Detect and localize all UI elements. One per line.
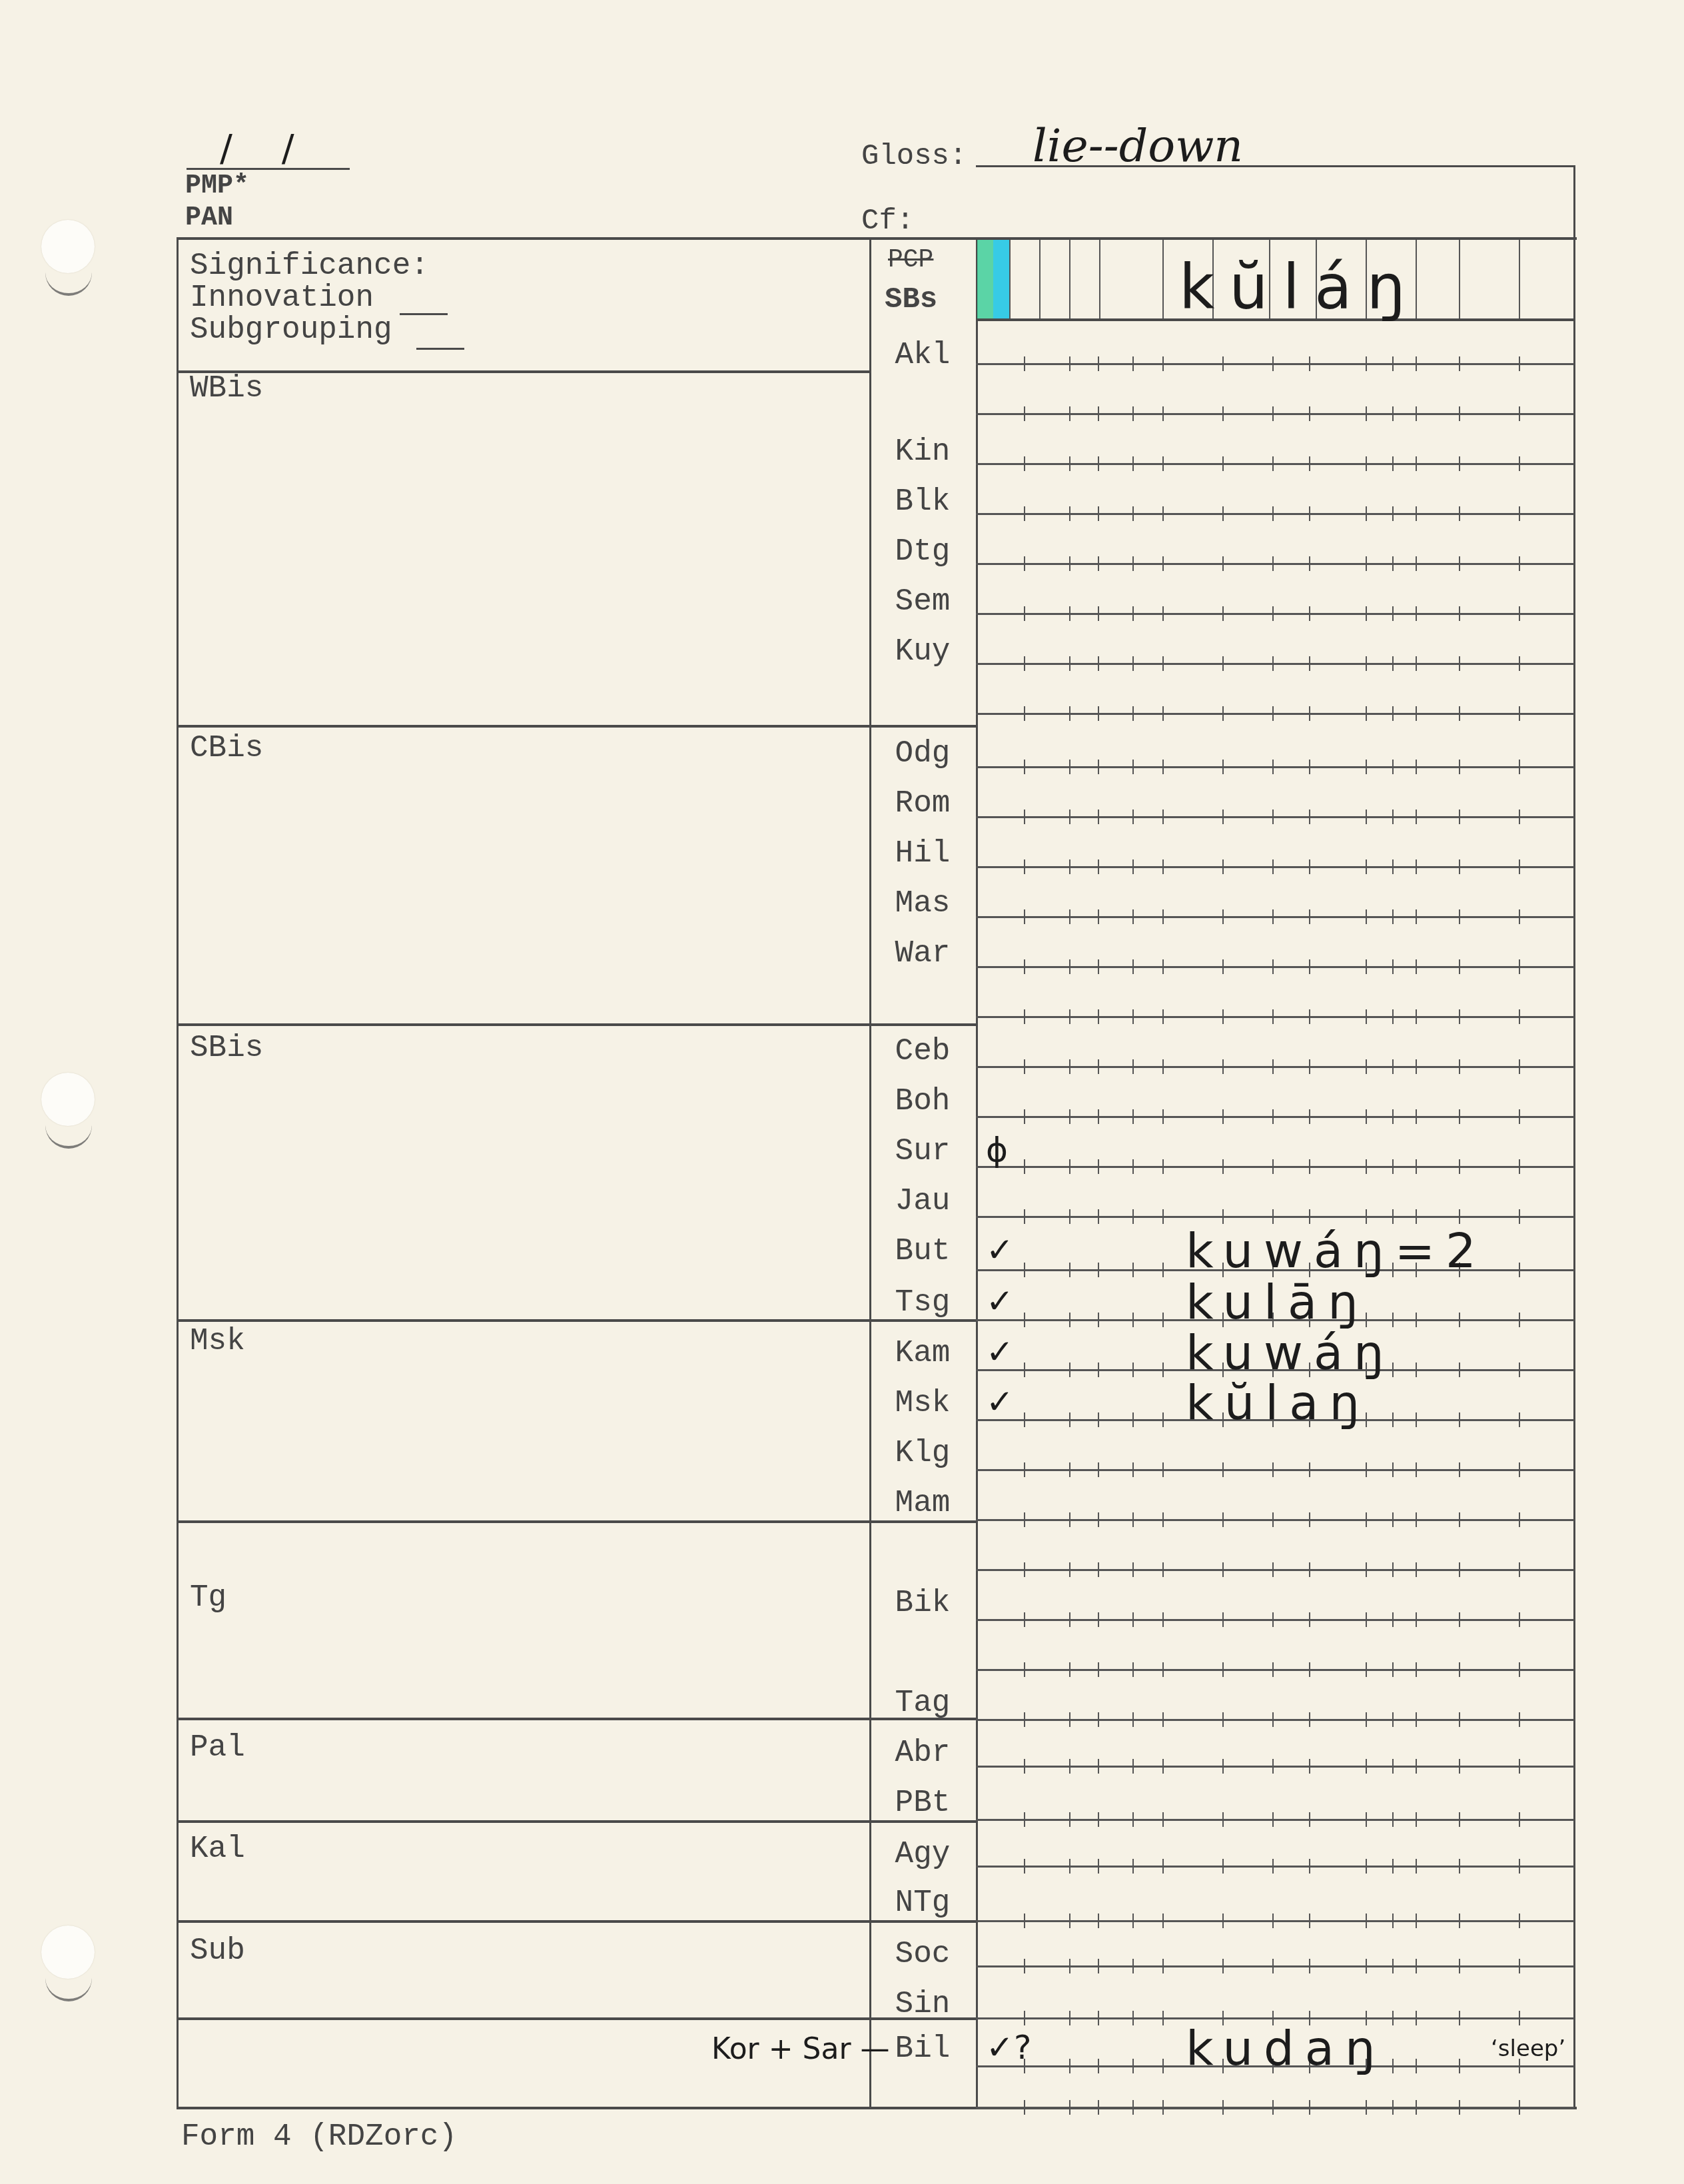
ruled-tick (1309, 606, 1310, 621)
ruled-tick (1024, 456, 1025, 471)
ruled-tick (1162, 1759, 1164, 1774)
ruled-tick (1309, 1612, 1310, 1627)
ruled-tick (1366, 959, 1367, 974)
ruled-tick (1519, 456, 1520, 471)
ruled-tick (1272, 760, 1274, 774)
group-label-kal: Kal (190, 1834, 245, 1864)
ruled-tick (1392, 2100, 1394, 2115)
check-mark-but[interactable]: ✓ (986, 1233, 1014, 1267)
ruled-tick (1098, 1562, 1099, 1577)
ruled-tick (1132, 1662, 1134, 1677)
ruled-line (976, 1766, 1574, 1768)
ruled-tick (1392, 606, 1394, 621)
ruled-tick (1366, 506, 1367, 521)
language-label-bik: Bik (883, 1588, 963, 1618)
ruled-tick (1162, 356, 1164, 371)
ruled-tick (1366, 1612, 1367, 1627)
ruled-tick (1392, 1009, 1394, 1024)
ruled-tick (1162, 959, 1164, 974)
ruled-tick (1459, 1759, 1460, 1774)
ruled-tick (1272, 606, 1274, 621)
ruled-tick (1024, 1812, 1025, 1827)
ruled-tick (1392, 1812, 1394, 1827)
ruled-tick (1222, 1109, 1224, 1124)
ruled-tick (1519, 556, 1520, 571)
ruled-tick (1024, 1662, 1025, 1677)
ruled-line (976, 613, 1574, 615)
ruled-tick (1222, 959, 1224, 974)
ruled-tick (1366, 859, 1367, 874)
top-reconstruction[interactable]: kŭláŋ (1179, 257, 1420, 318)
ruled-tick (1366, 810, 1367, 824)
ruled-tick (1162, 1512, 1164, 1527)
language-label-sin: Sin (883, 1989, 963, 2019)
ruled-tick (1416, 1059, 1417, 1074)
ruled-tick (1069, 1059, 1070, 1074)
ruled-tick (1459, 1059, 1460, 1074)
ruled-tick (1069, 1562, 1070, 1577)
ruled-tick (1366, 1959, 1367, 1973)
ruled-tick (1132, 1712, 1134, 1727)
ruled-tick (1222, 1859, 1224, 1874)
ruled-tick (1416, 1712, 1417, 1727)
form-kam[interactable]: kuwáŋ (1186, 1329, 1395, 1376)
ruled-tick (1416, 356, 1417, 371)
ruled-tick (1024, 2100, 1025, 2115)
ruled-tick (1024, 1313, 1025, 1327)
ruled-tick (1098, 1759, 1099, 1774)
ruled-tick (1519, 1759, 1520, 1774)
ruled-tick (1024, 1759, 1025, 1774)
ruled-tick (1024, 656, 1025, 671)
ruled-tick (1098, 959, 1099, 974)
ruled-tick (1098, 859, 1099, 874)
ruled-tick (1416, 656, 1417, 671)
ruled-tick (1309, 1209, 1310, 1224)
ruled-tick (1222, 2100, 1224, 2115)
ruled-tick (1392, 1109, 1394, 1124)
group-divider (177, 2017, 976, 2020)
highlight-green (977, 240, 993, 320)
ruled-tick (1519, 1412, 1520, 1427)
ruled-tick (1416, 1412, 1417, 1427)
ruled-tick (1162, 1412, 1164, 1427)
language-label-mam: Mam (883, 1488, 963, 1518)
ruled-tick (1366, 606, 1367, 621)
proto-label-pmp: PMP* (185, 173, 249, 200)
language-label-soc: Soc (883, 1939, 963, 1969)
ruled-tick (1272, 1712, 1274, 1727)
ruled-tick (1459, 959, 1460, 974)
ruled-tick (1309, 2100, 1310, 2115)
ruled-line (976, 563, 1574, 565)
form-msk[interactable]: kŭlaŋ (1186, 1378, 1370, 1426)
cf-label: Cf: (861, 207, 914, 236)
ruled-tick (1272, 810, 1274, 824)
form-bil[interactable]: kudaŋ (1186, 2024, 1386, 2072)
ruled-tick (1459, 1209, 1460, 1224)
ruled-tick (1366, 1159, 1367, 1174)
ruled-tick (1309, 1562, 1310, 1577)
proto-label-pan: PAN (185, 205, 233, 232)
ruled-tick (1024, 356, 1025, 371)
ruled-tick (1222, 606, 1224, 621)
ruled-tick (1222, 456, 1224, 471)
ruled-tick (1162, 1209, 1164, 1224)
ruled-tick (1416, 909, 1417, 924)
ruled-tick (1222, 810, 1224, 824)
ruled-tick (1132, 1462, 1134, 1477)
ruled-tick (1069, 1759, 1070, 1774)
ruled-tick (1132, 2100, 1134, 2115)
ruled-tick (1392, 1412, 1394, 1427)
ruled-tick (1416, 456, 1417, 471)
group-divider (177, 1319, 976, 1322)
ruled-tick (1392, 1759, 1394, 1774)
group-label-cbis: CBis (190, 733, 263, 764)
ruled-tick (1459, 810, 1460, 824)
ruled-tick (1162, 2059, 1164, 2073)
ruled-tick (1024, 606, 1025, 621)
ruled-tick (1222, 1462, 1224, 1477)
ruled-tick (1024, 1363, 1025, 1377)
check-mark-tsg[interactable]: ✓ (986, 1285, 1014, 1318)
ruled-tick (1519, 1662, 1520, 1677)
ruled-tick (1024, 1059, 1025, 1074)
ruled-tick (1069, 1009, 1070, 1024)
ruled-tick (1069, 1209, 1070, 1224)
ruled-tick (1272, 1662, 1274, 1677)
ruled-tick (1272, 1462, 1274, 1477)
frame-left (177, 237, 179, 2108)
ruled-tick (1024, 556, 1025, 571)
ruled-tick (1392, 1859, 1394, 1874)
ruled-tick (1459, 859, 1460, 874)
ruled-line (976, 463, 1574, 465)
ruled-tick (1459, 356, 1460, 371)
ruled-tick (1392, 406, 1394, 421)
ruled-tick (1392, 1159, 1394, 1174)
ruled-tick (1069, 1109, 1070, 1124)
ruled-tick (1024, 1209, 1025, 1224)
ruled-tick (1098, 1662, 1099, 1677)
ruled-tick (1459, 406, 1460, 421)
ruled-tick (1098, 1412, 1099, 1427)
ruled-tick (1459, 1109, 1460, 1124)
ruled-tick (1519, 1712, 1520, 1727)
ruled-tick (1519, 706, 1520, 721)
ruled-tick (1222, 1712, 1224, 1727)
ruled-tick (1459, 1512, 1460, 1527)
ruled-tick (1098, 1109, 1099, 1124)
language-label-akl: Akl (883, 340, 963, 370)
ruled-tick (1272, 1512, 1274, 1527)
ruled-tick (1162, 909, 1164, 924)
ruled-tick (1069, 706, 1070, 721)
language-label-msk: Msk (883, 1388, 963, 1418)
ruled-tick (1069, 1959, 1070, 1973)
ruled-tick (1222, 656, 1224, 671)
ruled-tick (1366, 2100, 1367, 2115)
check-mark-msk[interactable]: ✓ (986, 1385, 1014, 1418)
ruled-tick (1222, 706, 1224, 721)
top-row-cell-divider (1039, 240, 1041, 318)
ruled-tick (1132, 810, 1134, 824)
ruled-tick (1309, 1109, 1310, 1124)
ruled-tick (1519, 506, 1520, 521)
ruled-tick (1098, 2100, 1099, 2115)
ruled-tick (1069, 810, 1070, 824)
ruled-tick (1459, 909, 1460, 924)
group-label-msk: Msk (190, 1326, 245, 1357)
ruled-tick (1222, 1009, 1224, 1024)
ruled-tick (1519, 1612, 1520, 1627)
ruled-tick (1519, 1109, 1520, 1124)
ruled-tick (1416, 1662, 1417, 1677)
ruled-tick (1416, 1109, 1417, 1124)
ruled-tick (1024, 1159, 1025, 1174)
ruled-line (976, 1166, 1574, 1168)
ruled-line (976, 1116, 1574, 1118)
language-label-jau: Jau (883, 1186, 963, 1217)
ruled-tick (1098, 1913, 1099, 1928)
ruled-tick (1024, 1712, 1025, 1727)
ruled-tick (1162, 1059, 1164, 1074)
ruled-tick (1132, 1612, 1134, 1627)
ruled-tick (1392, 556, 1394, 571)
note-bil[interactable]: Kor + Sar — (711, 2035, 889, 2064)
ruled-tick (1392, 859, 1394, 874)
language-label-rom: Rom (883, 788, 963, 819)
language-label-ntg: NTg (883, 1888, 963, 1918)
ruled-tick (1309, 859, 1310, 874)
ruled-tick (1069, 909, 1070, 924)
ruled-tick (1459, 1913, 1460, 1928)
ruled-tick (1132, 506, 1134, 521)
ruled-tick (1162, 1562, 1164, 1577)
ruled-tick (1519, 606, 1520, 621)
group-label-pal: Pal (190, 1732, 245, 1763)
ruled-tick (1098, 1959, 1099, 1973)
ruled-tick (1069, 1662, 1070, 1677)
ruled-tick (1069, 2100, 1070, 2115)
ruled-tick (1459, 456, 1460, 471)
ruled-tick (1416, 406, 1417, 421)
form-tsg[interactable]: kulāŋ (1186, 1278, 1369, 1326)
ruled-tick (1392, 356, 1394, 371)
ruled-tick (1519, 356, 1520, 371)
ruled-tick (1459, 1313, 1460, 1327)
ruled-tick (1459, 706, 1460, 721)
ruled-tick (1392, 706, 1394, 721)
ruled-tick (1222, 1159, 1224, 1174)
ruled-line (976, 866, 1574, 868)
ruled-tick (1024, 959, 1025, 974)
top-row-cell-divider (1459, 240, 1460, 318)
ruled-tick (1132, 1913, 1134, 1928)
group-divider (177, 1920, 976, 1923)
check-mark-bil[interactable]: ✓? (986, 2031, 1031, 2064)
subgrouping-blank[interactable] (416, 348, 464, 350)
ruled-tick (1309, 356, 1310, 371)
ruled-tick (1459, 2059, 1460, 2073)
ruled-tick (1024, 810, 1025, 824)
ruled-tick (1098, 810, 1099, 824)
ruled-tick (1309, 909, 1310, 924)
ruled-tick (1069, 1313, 1070, 1327)
ruled-tick (1098, 1612, 1099, 1627)
null-mark-sur[interactable]: ϕ (986, 1133, 1008, 1167)
ruled-tick (1162, 556, 1164, 571)
ruled-tick (1519, 1812, 1520, 1827)
ruled-tick (1519, 1913, 1520, 1928)
ruled-tick (1366, 706, 1367, 721)
ruled-tick (1132, 1263, 1134, 1277)
ruled-tick (1272, 1812, 1274, 1827)
ruled-tick (1309, 1759, 1310, 1774)
ruled-line (976, 2017, 1574, 2019)
ruled-tick (1459, 1009, 1460, 1024)
ruled-tick (1132, 760, 1134, 774)
ruled-tick (1069, 656, 1070, 671)
ruled-tick (1098, 1462, 1099, 1477)
top-row-cell-divider (1519, 240, 1520, 318)
ruled-tick (1132, 909, 1134, 924)
ruled-tick (1392, 1512, 1394, 1527)
group-label-wbis: WBis (190, 373, 263, 404)
ruled-line (976, 966, 1574, 968)
ruled-tick (1366, 1759, 1367, 1774)
binder-hole-bottom (41, 1925, 95, 1979)
ruled-tick (1222, 356, 1224, 371)
ruled-tick (1416, 1812, 1417, 1827)
ruled-tick (1132, 1159, 1134, 1174)
language-label-boh: Boh (883, 1086, 963, 1117)
significance-title: Significance: (190, 251, 429, 281)
column-divider-right (976, 237, 978, 2108)
ruled-tick (1366, 1059, 1367, 1074)
ruled-tick (1416, 1512, 1417, 1527)
language-label-sur: Sur (883, 1136, 963, 1167)
ruled-tick (1098, 1812, 1099, 1827)
ruled-tick (1519, 1159, 1520, 1174)
group-label-sub: Sub (190, 1935, 245, 1966)
ruled-tick (1416, 1759, 1417, 1774)
language-label-war: War (883, 938, 963, 969)
ruled-tick (1024, 1462, 1025, 1477)
ruled-tick (1392, 1059, 1394, 1074)
ruled-tick (1459, 2011, 1460, 2025)
ruled-tick (1392, 1662, 1394, 1677)
ruled-tick (1392, 1209, 1394, 1224)
ruled-tick (1366, 556, 1367, 571)
ruled-tick (1132, 959, 1134, 974)
ruled-tick (1272, 859, 1274, 874)
ruled-tick (1162, 1109, 1164, 1124)
ruled-tick (1459, 606, 1460, 621)
ruled-tick (1272, 506, 1274, 521)
ruled-tick (1024, 2011, 1025, 2025)
ruled-tick (1366, 656, 1367, 671)
ruled-tick (1309, 1913, 1310, 1928)
ruled-tick (1162, 1859, 1164, 1874)
ruled-tick (1309, 1662, 1310, 1677)
ruled-tick (1519, 2011, 1520, 2025)
subgrouping-label: Subgrouping (190, 314, 392, 345)
ruled-tick (1272, 959, 1274, 974)
ruled-tick (1069, 859, 1070, 874)
ruled-tick (1162, 1612, 1164, 1627)
ruled-tick (1162, 1462, 1164, 1477)
ruled-tick (1222, 1512, 1224, 1527)
check-mark-kam[interactable]: ✓ (986, 1335, 1014, 1368)
ruled-tick (1272, 706, 1274, 721)
ruled-tick (1069, 1812, 1070, 1827)
ruled-tick (1162, 656, 1164, 671)
ruled-tick (1098, 456, 1099, 471)
ruled-tick (1519, 1363, 1520, 1377)
ruled-tick (1519, 1009, 1520, 1024)
ruled-tick (1132, 1363, 1134, 1377)
ruled-tick (1459, 760, 1460, 774)
ruled-tick (1024, 909, 1025, 924)
ruled-tick (1366, 1462, 1367, 1477)
gloss-bil[interactable]: ‘sleep’ (1491, 2037, 1565, 2060)
ruled-tick (1222, 859, 1224, 874)
ruled-tick (1069, 556, 1070, 571)
group-label-tg: Tg (190, 1582, 226, 1613)
ruled-tick (1519, 1462, 1520, 1477)
ruled-tick (1098, 356, 1099, 371)
ruled-tick (1069, 506, 1070, 521)
ruled-tick (1366, 1662, 1367, 1677)
ruled-tick (1519, 909, 1520, 924)
ruled-tick (1309, 1712, 1310, 1727)
ruled-tick (1132, 1512, 1134, 1527)
form-but[interactable]: kuwáŋ=2 (1186, 1227, 1487, 1275)
ruled-tick (1222, 1913, 1224, 1928)
ruled-tick (1272, 1562, 1274, 1577)
ruled-line (976, 1216, 1574, 1218)
ruled-tick (1272, 1859, 1274, 1874)
ruled-tick (1098, 706, 1099, 721)
ruled-line (976, 2107, 1574, 2109)
ruled-tick (1024, 1612, 1025, 1627)
ruled-tick (1162, 606, 1164, 621)
ruled-tick (1366, 1913, 1367, 1928)
ruled-tick (1519, 1859, 1520, 1874)
ruled-tick (1519, 1562, 1520, 1577)
ruled-tick (1392, 1913, 1394, 1928)
innovation-blank[interactable] (400, 313, 448, 315)
ruled-tick (1309, 1859, 1310, 1874)
ruled-tick (1272, 2100, 1274, 2115)
ruled-tick (1132, 1859, 1134, 1874)
ruled-tick (1132, 1109, 1134, 1124)
ruled-tick (1416, 2011, 1417, 2025)
ruled-tick (1069, 2059, 1070, 2073)
ruled-tick (1309, 1009, 1310, 1024)
ruled-tick (1222, 909, 1224, 924)
group-divider (177, 1023, 976, 1026)
top-row-cell-divider (1162, 240, 1164, 318)
ruled-tick (1098, 556, 1099, 571)
ruled-tick (1272, 356, 1274, 371)
ruled-tick (1162, 406, 1164, 421)
ruled-tick (1459, 2100, 1460, 2115)
ruled-tick (1132, 1059, 1134, 1074)
ruled-line (976, 1569, 1574, 1571)
